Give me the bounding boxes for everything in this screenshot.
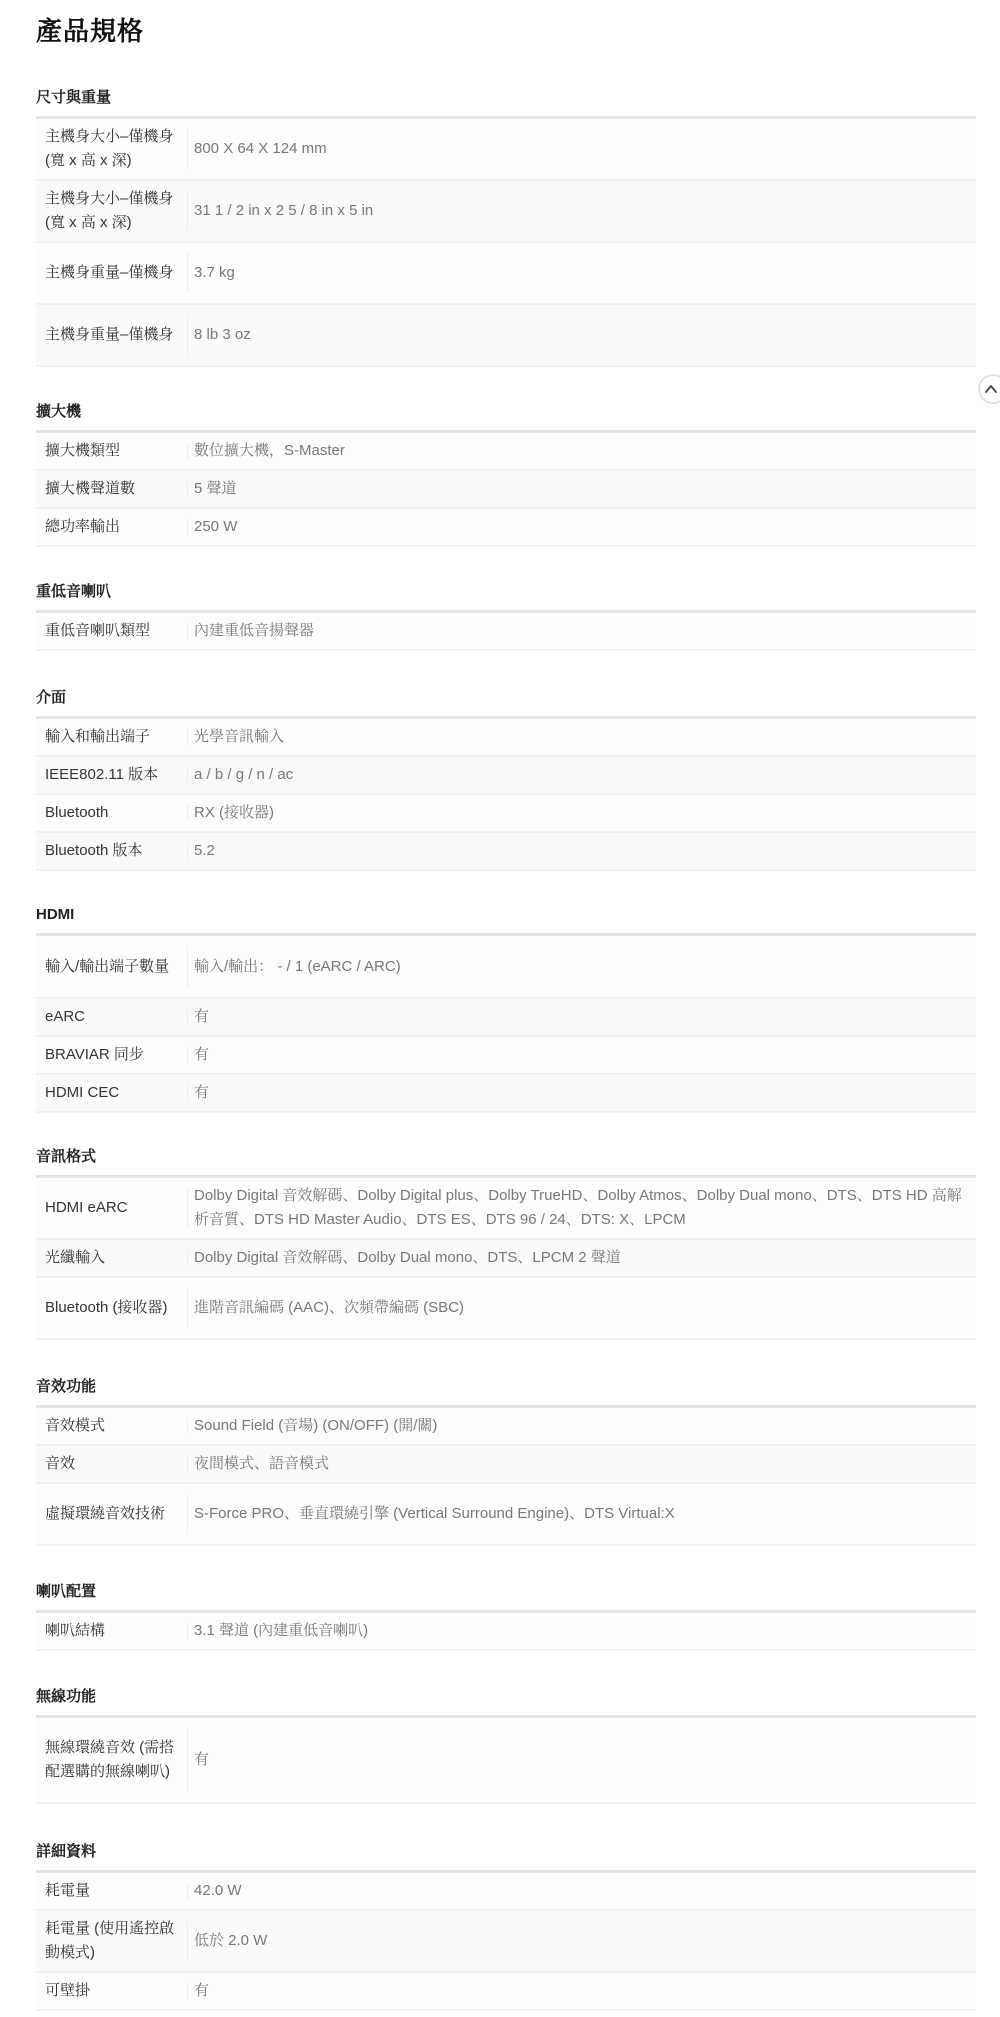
spec-label: 喇叭結構 [36, 1611, 187, 1651]
spec-row: 喇叭結構 3.1 聲道 (內建重低音喇叭) [36, 1613, 976, 1651]
spec-label: 擴大機類型 [36, 431, 187, 471]
spec-value: 輸入/輸出： - / 1 (eARC / ARC) [188, 947, 976, 987]
section-title: HDMI [36, 905, 976, 925]
spec-table: 輸入/輸出端子數量 輸入/輸出： - / 1 (eARC / ARC) eARC… [36, 933, 976, 1113]
spec-label: 音效 [36, 1444, 187, 1484]
spec-value: 有 [188, 1740, 976, 1780]
spec-value: 42.0 W [188, 1871, 976, 1911]
spec-value: 有 [188, 1035, 976, 1075]
spec-label: 耗電量 (使用遙控啟動模式) [36, 1909, 187, 1973]
spec-row: Bluetooth 版本 5.2 [36, 833, 976, 871]
scroll-to-top-button[interactable] [978, 374, 1000, 404]
spec-value: 內建重低音揚聲器 [188, 611, 976, 651]
spec-row: 主機身重量–僅機身 8 lb 3 oz [36, 305, 976, 367]
spec-value: S-Force PRO、垂直環繞引擎 (Vertical Surround En… [188, 1494, 976, 1534]
spec-row: 重低音喇叭類型 內建重低音揚聲器 [36, 613, 976, 651]
spec-label: Bluetooth 版本 [36, 831, 187, 871]
section-title: 音訊格式 [36, 1147, 976, 1167]
spec-label: 主機身重量–僅機身 [36, 315, 187, 355]
spec-row: 主機身大小–僅機身 (寬 x 高 x 深) 800 X 64 X 124 mm [36, 119, 976, 181]
spec-table: 喇叭結構 3.1 聲道 (內建重低音喇叭) [36, 1610, 976, 1651]
spec-row: 耗電量 42.0 W [36, 1873, 976, 1911]
spec-value: 800 X 64 X 124 mm [188, 129, 976, 169]
spec-table: 音效模式 Sound Field (音場) (ON/OFF) (開/關) 音效 … [36, 1405, 976, 1546]
spec-label: 光纖輸入 [36, 1238, 187, 1278]
spec-label: 無線環繞音效 (需搭配選購的無線喇叭) [36, 1728, 187, 1792]
spec-label: BRAVIAR 同步 [36, 1035, 187, 1075]
spec-label: 總功率輸出 [36, 507, 187, 547]
section-title: 擴大機 [36, 402, 976, 422]
spec-row: BRAVIAR 同步 有 [36, 1037, 976, 1075]
spec-value: 31 1 / 2 in x 2 5 / 8 in x 5 in [188, 191, 976, 231]
spec-value: Dolby Digital 音效解碼、Dolby Digital plus、Do… [188, 1176, 976, 1240]
spec-label: 主機身大小–僅機身 (寬 x 高 x 深) [36, 117, 187, 181]
section-title: 詳細資料 [36, 1842, 976, 1862]
spec-value: 3.7 kg [188, 253, 976, 293]
spec-row: eARC 有 [36, 999, 976, 1037]
spec-row: 輸入和輸出端子 光學音訊輸入 [36, 719, 976, 757]
spec-value: 數位擴大機，S-Master [188, 431, 976, 471]
spec-row: 虛擬環繞音效技術 S-Force PRO、垂直環繞引擎 (Vertical Su… [36, 1484, 976, 1546]
spec-row: Bluetooth (接收器) 進階音訊編碼 (AAC)、次頻帶編碼 (SBC) [36, 1278, 976, 1340]
spec-value: 有 [188, 997, 976, 1037]
spec-row: 擴大機聲道數 5 聲道 [36, 471, 976, 509]
spec-value: 光學音訊輸入 [188, 717, 976, 757]
spec-row: 輸入/輸出端子數量 輸入/輸出： - / 1 (eARC / ARC) [36, 936, 976, 999]
spec-table: 輸入和輸出端子 光學音訊輸入 IEEE802.11 版本 a / b / g /… [36, 716, 976, 871]
spec-label: 主機身大小–僅機身 (寬 x 高 x 深) [36, 179, 187, 243]
spec-row: 總功率輸出 250 W [36, 509, 976, 547]
spec-value: a / b / g / n / ac [188, 755, 976, 795]
spec-row: IEEE802.11 版本 a / b / g / n / ac [36, 757, 976, 795]
spec-label: HDMI eARC [36, 1188, 187, 1228]
spec-row: 主機身大小–僅機身 (寬 x 高 x 深) 31 1 / 2 in x 2 5 … [36, 181, 976, 243]
section-subwoofer: 重低音喇叭 重低音喇叭類型 內建重低音揚聲器 [36, 582, 976, 651]
spec-value: 5.2 [188, 831, 976, 871]
section-details: 詳細資料 耗電量 42.0 W 耗電量 (使用遙控啟動模式) 低於 2.0 W … [36, 1842, 976, 2011]
spec-label: Bluetooth (接收器) [36, 1288, 187, 1328]
product-specs-page: 產品規格 尺寸與重量 主機身大小–僅機身 (寬 x 高 x 深) 800 X 6… [36, 0, 976, 49]
spec-table: 重低音喇叭類型 內建重低音揚聲器 [36, 610, 976, 651]
spec-row: Bluetooth RX (接收器) [36, 795, 976, 833]
spec-value: 進階音訊編碼 (AAC)、次頻帶編碼 (SBC) [188, 1288, 976, 1328]
spec-value: Dolby Digital 音效解碼、Dolby Dual mono、DTS、L… [188, 1238, 976, 1278]
spec-row: 主機身重量–僅機身 3.7 kg [36, 243, 976, 305]
spec-value: RX (接收器) [188, 793, 976, 833]
spec-label: 音效模式 [36, 1406, 187, 1446]
spec-label: Bluetooth [36, 793, 187, 833]
section-title: 無線功能 [36, 1687, 976, 1707]
spec-row: 無線環繞音效 (需搭配選購的無線喇叭) 有 [36, 1718, 976, 1804]
spec-row: 耗電量 (使用遙控啟動模式) 低於 2.0 W [36, 1911, 976, 1973]
spec-row: 擴大機類型 數位擴大機，S-Master [36, 433, 976, 471]
spec-value: 夜間模式、語音模式 [188, 1444, 976, 1484]
spec-value: 5 聲道 [188, 469, 976, 509]
spec-row: 可壁掛 有 [36, 1973, 976, 2011]
spec-label: 虛擬環繞音效技術 [36, 1494, 187, 1534]
section-dimensions-weight: 尺寸與重量 主機身大小–僅機身 (寬 x 高 x 深) 800 X 64 X 1… [36, 88, 976, 367]
spec-value: 3.1 聲道 (內建重低音喇叭) [188, 1611, 976, 1651]
spec-label: 可壁掛 [36, 1971, 187, 2011]
spec-value: 低於 2.0 W [188, 1921, 976, 1961]
spec-label: IEEE802.11 版本 [36, 755, 187, 795]
spec-value: 8 lb 3 oz [188, 315, 976, 355]
spec-label: 耗電量 [36, 1871, 187, 1911]
section-title: 音效功能 [36, 1377, 976, 1397]
spec-row: 光纖輸入 Dolby Digital 音效解碼、Dolby Dual mono、… [36, 1240, 976, 1278]
spec-table: HDMI eARC Dolby Digital 音效解碼、Dolby Digit… [36, 1175, 976, 1340]
chevron-up-icon [984, 382, 998, 396]
spec-label: 擴大機聲道數 [36, 469, 187, 509]
spec-row: 音效 夜間模式、語音模式 [36, 1446, 976, 1484]
spec-table: 無線環繞音效 (需搭配選購的無線喇叭) 有 [36, 1715, 976, 1804]
spec-table: 擴大機類型 數位擴大機，S-Master 擴大機聲道數 5 聲道 總功率輸出 2… [36, 430, 976, 547]
spec-table: 主機身大小–僅機身 (寬 x 高 x 深) 800 X 64 X 124 mm … [36, 116, 976, 367]
spec-label: HDMI CEC [36, 1073, 187, 1113]
spec-label: 輸入/輸出端子數量 [36, 947, 187, 987]
spec-label: 輸入和輸出端子 [36, 717, 187, 757]
spec-row: HDMI CEC 有 [36, 1075, 976, 1113]
spec-label: eARC [36, 997, 187, 1037]
section-title: 喇叭配置 [36, 1582, 976, 1602]
section-hdmi: HDMI 輸入/輸出端子數量 輸入/輸出： - / 1 (eARC / ARC)… [36, 905, 976, 1113]
spec-row: 音效模式 Sound Field (音場) (ON/OFF) (開/關) [36, 1408, 976, 1446]
spec-label: 重低音喇叭類型 [36, 611, 187, 651]
spec-label: 主機身重量–僅機身 [36, 253, 187, 293]
spec-table: 耗電量 42.0 W 耗電量 (使用遙控啟動模式) 低於 2.0 W 可壁掛 有 [36, 1870, 976, 2011]
spec-value: 有 [188, 1073, 976, 1113]
section-interface: 介面 輸入和輸出端子 光學音訊輸入 IEEE802.11 版本 a / b / … [36, 688, 976, 871]
section-speaker-config: 喇叭配置 喇叭結構 3.1 聲道 (內建重低音喇叭) [36, 1582, 976, 1651]
section-sound-features: 音效功能 音效模式 Sound Field (音場) (ON/OFF) (開/關… [36, 1377, 976, 1546]
spec-value: 有 [188, 1971, 976, 2011]
section-title: 尺寸與重量 [36, 88, 976, 108]
spec-row: HDMI eARC Dolby Digital 音效解碼、Dolby Digit… [36, 1178, 976, 1240]
spec-value: Sound Field (音場) (ON/OFF) (開/關) [188, 1406, 976, 1446]
section-title: 介面 [36, 688, 976, 708]
page-title: 產品規格 [36, 0, 976, 49]
section-amplifier: 擴大機 擴大機類型 數位擴大機，S-Master 擴大機聲道數 5 聲道 總功率… [36, 402, 976, 547]
section-wireless: 無線功能 無線環繞音效 (需搭配選購的無線喇叭) 有 [36, 1687, 976, 1804]
spec-value: 250 W [188, 507, 976, 547]
section-audio-formats: 音訊格式 HDMI eARC Dolby Digital 音效解碼、Dolby … [36, 1147, 976, 1340]
section-title: 重低音喇叭 [36, 582, 976, 602]
